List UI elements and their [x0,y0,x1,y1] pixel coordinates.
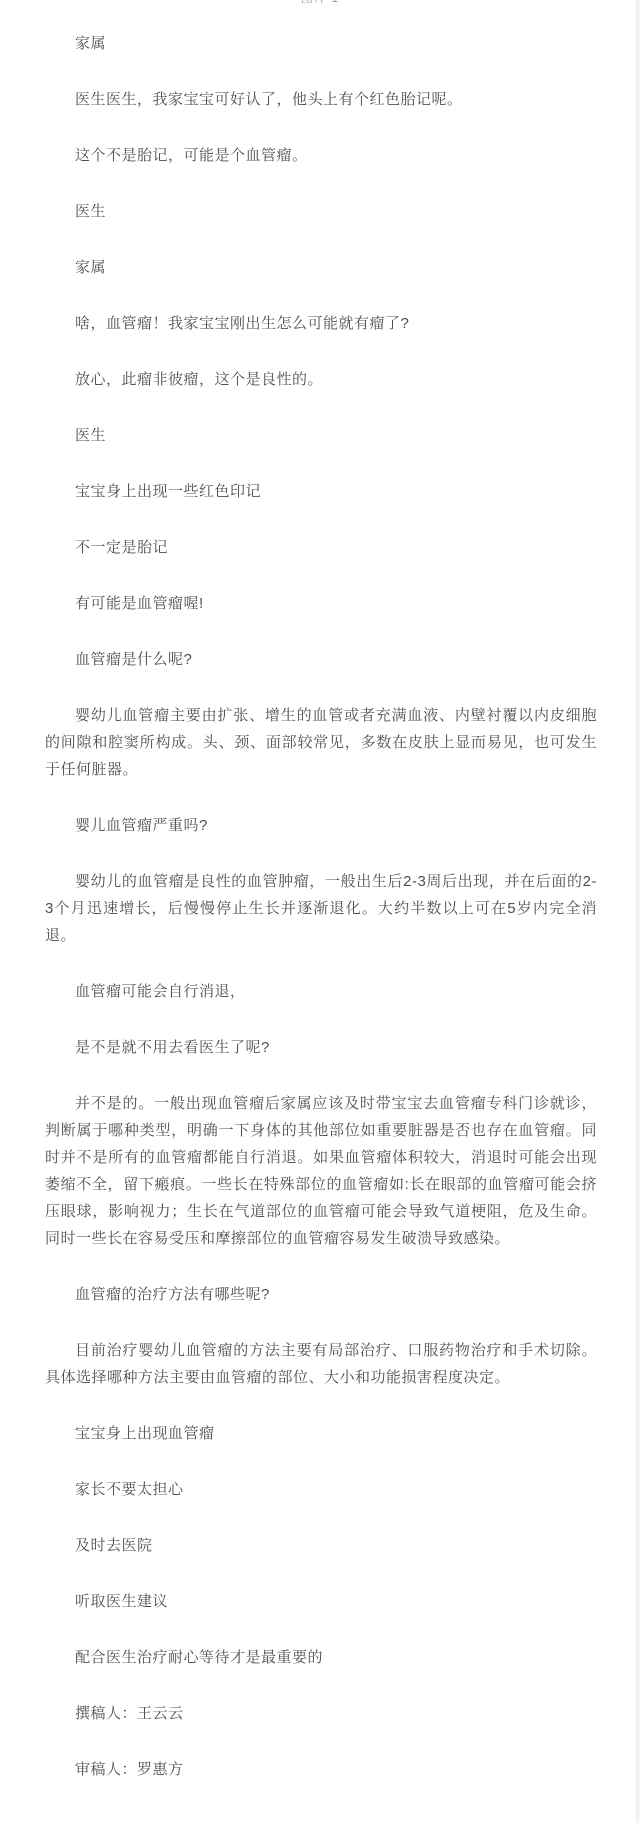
dialogue-line: 医生医生，我家宝宝可好认了，他头上有个红色胎记呢。 [45,86,597,113]
article-page: { "page": { "background": "#ffffff", "te… [0,0,640,1823]
body-paragraph: 并不是的。一般出现血管瘤后家属应该及时带宝宝去血管瘤专科门诊就诊，判断属于哪种类… [45,1090,597,1252]
dialogue-line: 不一定是胎记 [45,534,597,561]
body-paragraph: 婴幼儿血管瘤主要由扩张、增生的血管或者充满血液、内壁衬覆以内皮细胞的间隙和腔窦所… [45,702,597,783]
speaker-label: 医生 [45,198,597,225]
speaker-label: 家属 [45,30,597,57]
credit-line-author: 撰稿人：王云云 [45,1700,597,1727]
credit-line-reviewer: 审稿人：罗惠方 [45,1756,597,1783]
dialogue-line: 这个不是胎记，可能是个血管瘤。 [45,142,597,169]
dialogue-line: 有可能是血管瘤喔! [45,590,597,617]
section-question: 血管瘤是什么呢? [45,646,597,673]
dialogue-line: 听取医生建议 [45,1588,597,1615]
article-body: 家属 医生医生，我家宝宝可好认了，他头上有个红色胎记呢。 这个不是胎记，可能是个… [0,0,640,1823]
dialogue-line: 家长不要太担心 [45,1476,597,1503]
dialogue-line: 放心，此瘤非彼瘤，这个是良性的。 [45,366,597,393]
dialogue-line: 宝宝身上出现一些红色印记 [45,478,597,505]
body-paragraph: 婴幼儿的血管瘤是良性的血管肿瘤，一般出生后2-3周后出现，并在后面的2-3个月迅… [45,868,597,949]
page-edge-line [636,0,637,1823]
dialogue-line: 宝宝身上出现血管瘤 [45,1420,597,1447]
speaker-label: 医生 [45,422,597,449]
dialogue-line: 啥，血管瘤！我家宝宝刚出生怎么可能就有瘤了? [45,310,597,337]
body-paragraph: 目前治疗婴幼儿血管瘤的方法主要有局部治疗、口服药物治疗和手术切除。具体选择哪种方… [45,1337,597,1391]
section-question: 婴儿血管瘤严重吗? [45,812,597,839]
dialogue-line: 配合医生治疗耐心等待才是最重要的 [45,1644,597,1671]
dialogue-line: 及时去医院 [45,1532,597,1559]
speaker-label: 家属 [45,254,597,281]
section-question: 血管瘤的治疗方法有哪些呢? [45,1281,597,1308]
dialogue-line: 血管瘤可能会自行消退， [45,978,597,1005]
dialogue-line: 是不是就不用去看医生了呢? [45,1034,597,1061]
